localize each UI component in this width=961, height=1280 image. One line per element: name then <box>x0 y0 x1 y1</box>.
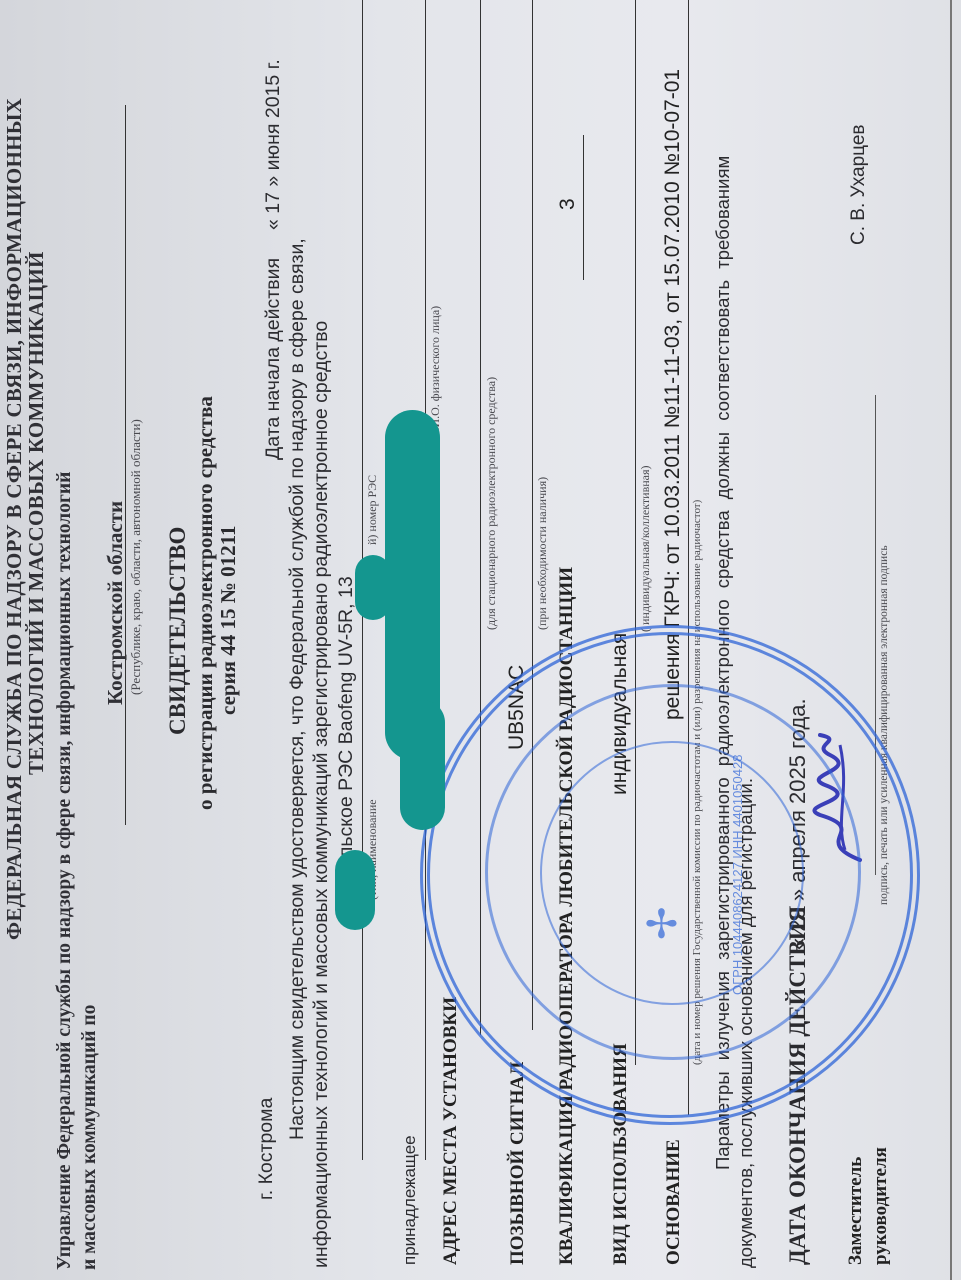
seal-core-ring <box>540 741 804 1005</box>
signatory-name: С. В. Ухарцев <box>848 125 870 245</box>
field-label-callsign: ПОЗЫВНОЙ СИГНАЛ <box>507 1062 529 1265</box>
certificate-series: серия 44 15 № 01211 <box>216 526 241 715</box>
start-date-value: « 17 » июня 2015 г. <box>262 59 285 230</box>
basis-value: решения ГКРЧ: от 10.03.2011 №11-11-03, о… <box>661 69 685 720</box>
seal-numbers: ОГРН 1044408624127 ИНН 4401050428 <box>730 755 745 995</box>
eagle-emblem-icon: ✢ <box>640 906 686 940</box>
address-caption: (для стационарного радиоэлектронного сре… <box>484 377 499 630</box>
region-underline <box>125 105 126 825</box>
agency-title-line2: ТЕХНОЛОГИЙ И МАССОВЫХ КОММУНИКАЦИЙ <box>24 251 49 775</box>
signatory-role-line1: Заместитель <box>845 1157 867 1265</box>
redaction-device-number <box>335 850 375 930</box>
department-line2: и массовых коммуникаций по <box>79 1005 101 1270</box>
city: г. Кострома <box>255 1098 278 1200</box>
certificate-document: ФЕДЕРАЛЬНАЯ СЛУЖБА ПО НАДЗОРУ В СФЕРЕ СВ… <box>0 0 961 1280</box>
signatory-role-line2: руководителя <box>870 1147 892 1265</box>
region-caption: (Республике, краю, области, автономной о… <box>128 419 144 695</box>
certificate-subtitle: о регистрации радиоэлектронного средства <box>193 396 218 810</box>
callsign-caption: (при необходимости наличия) <box>535 477 550 630</box>
statement-line1: Настоящим свидетельством удостоверяется,… <box>286 238 309 1140</box>
field-label-basis: ОСНОВАНИЕ <box>663 1139 685 1265</box>
redaction-owner-name-left <box>400 700 445 830</box>
official-seal: ✢ ОГРН 1044408624127 ИНН 4401050428 <box>420 625 920 1125</box>
start-date-label: Дата начала действия <box>262 258 285 460</box>
owner-label: принадлежащее <box>400 1135 420 1265</box>
device-caption-mid: й) номер РЭС <box>365 475 380 545</box>
usage-caption: ( индивидуальная/коллективная) <box>638 465 653 632</box>
field-label-address: АДРЕС МЕСТА УСТАНОВКИ <box>440 997 462 1265</box>
qualification-value: 3 <box>556 198 580 210</box>
certificate-title: СВИДЕТЕЛЬСТВО <box>165 527 191 735</box>
statement-line2: информационных технологий и массовых ком… <box>310 321 333 1268</box>
department-line1: Управление Федеральной службы по надзору… <box>54 472 76 1270</box>
qualification-underline <box>583 135 584 280</box>
paper-edge-line <box>950 0 952 1280</box>
